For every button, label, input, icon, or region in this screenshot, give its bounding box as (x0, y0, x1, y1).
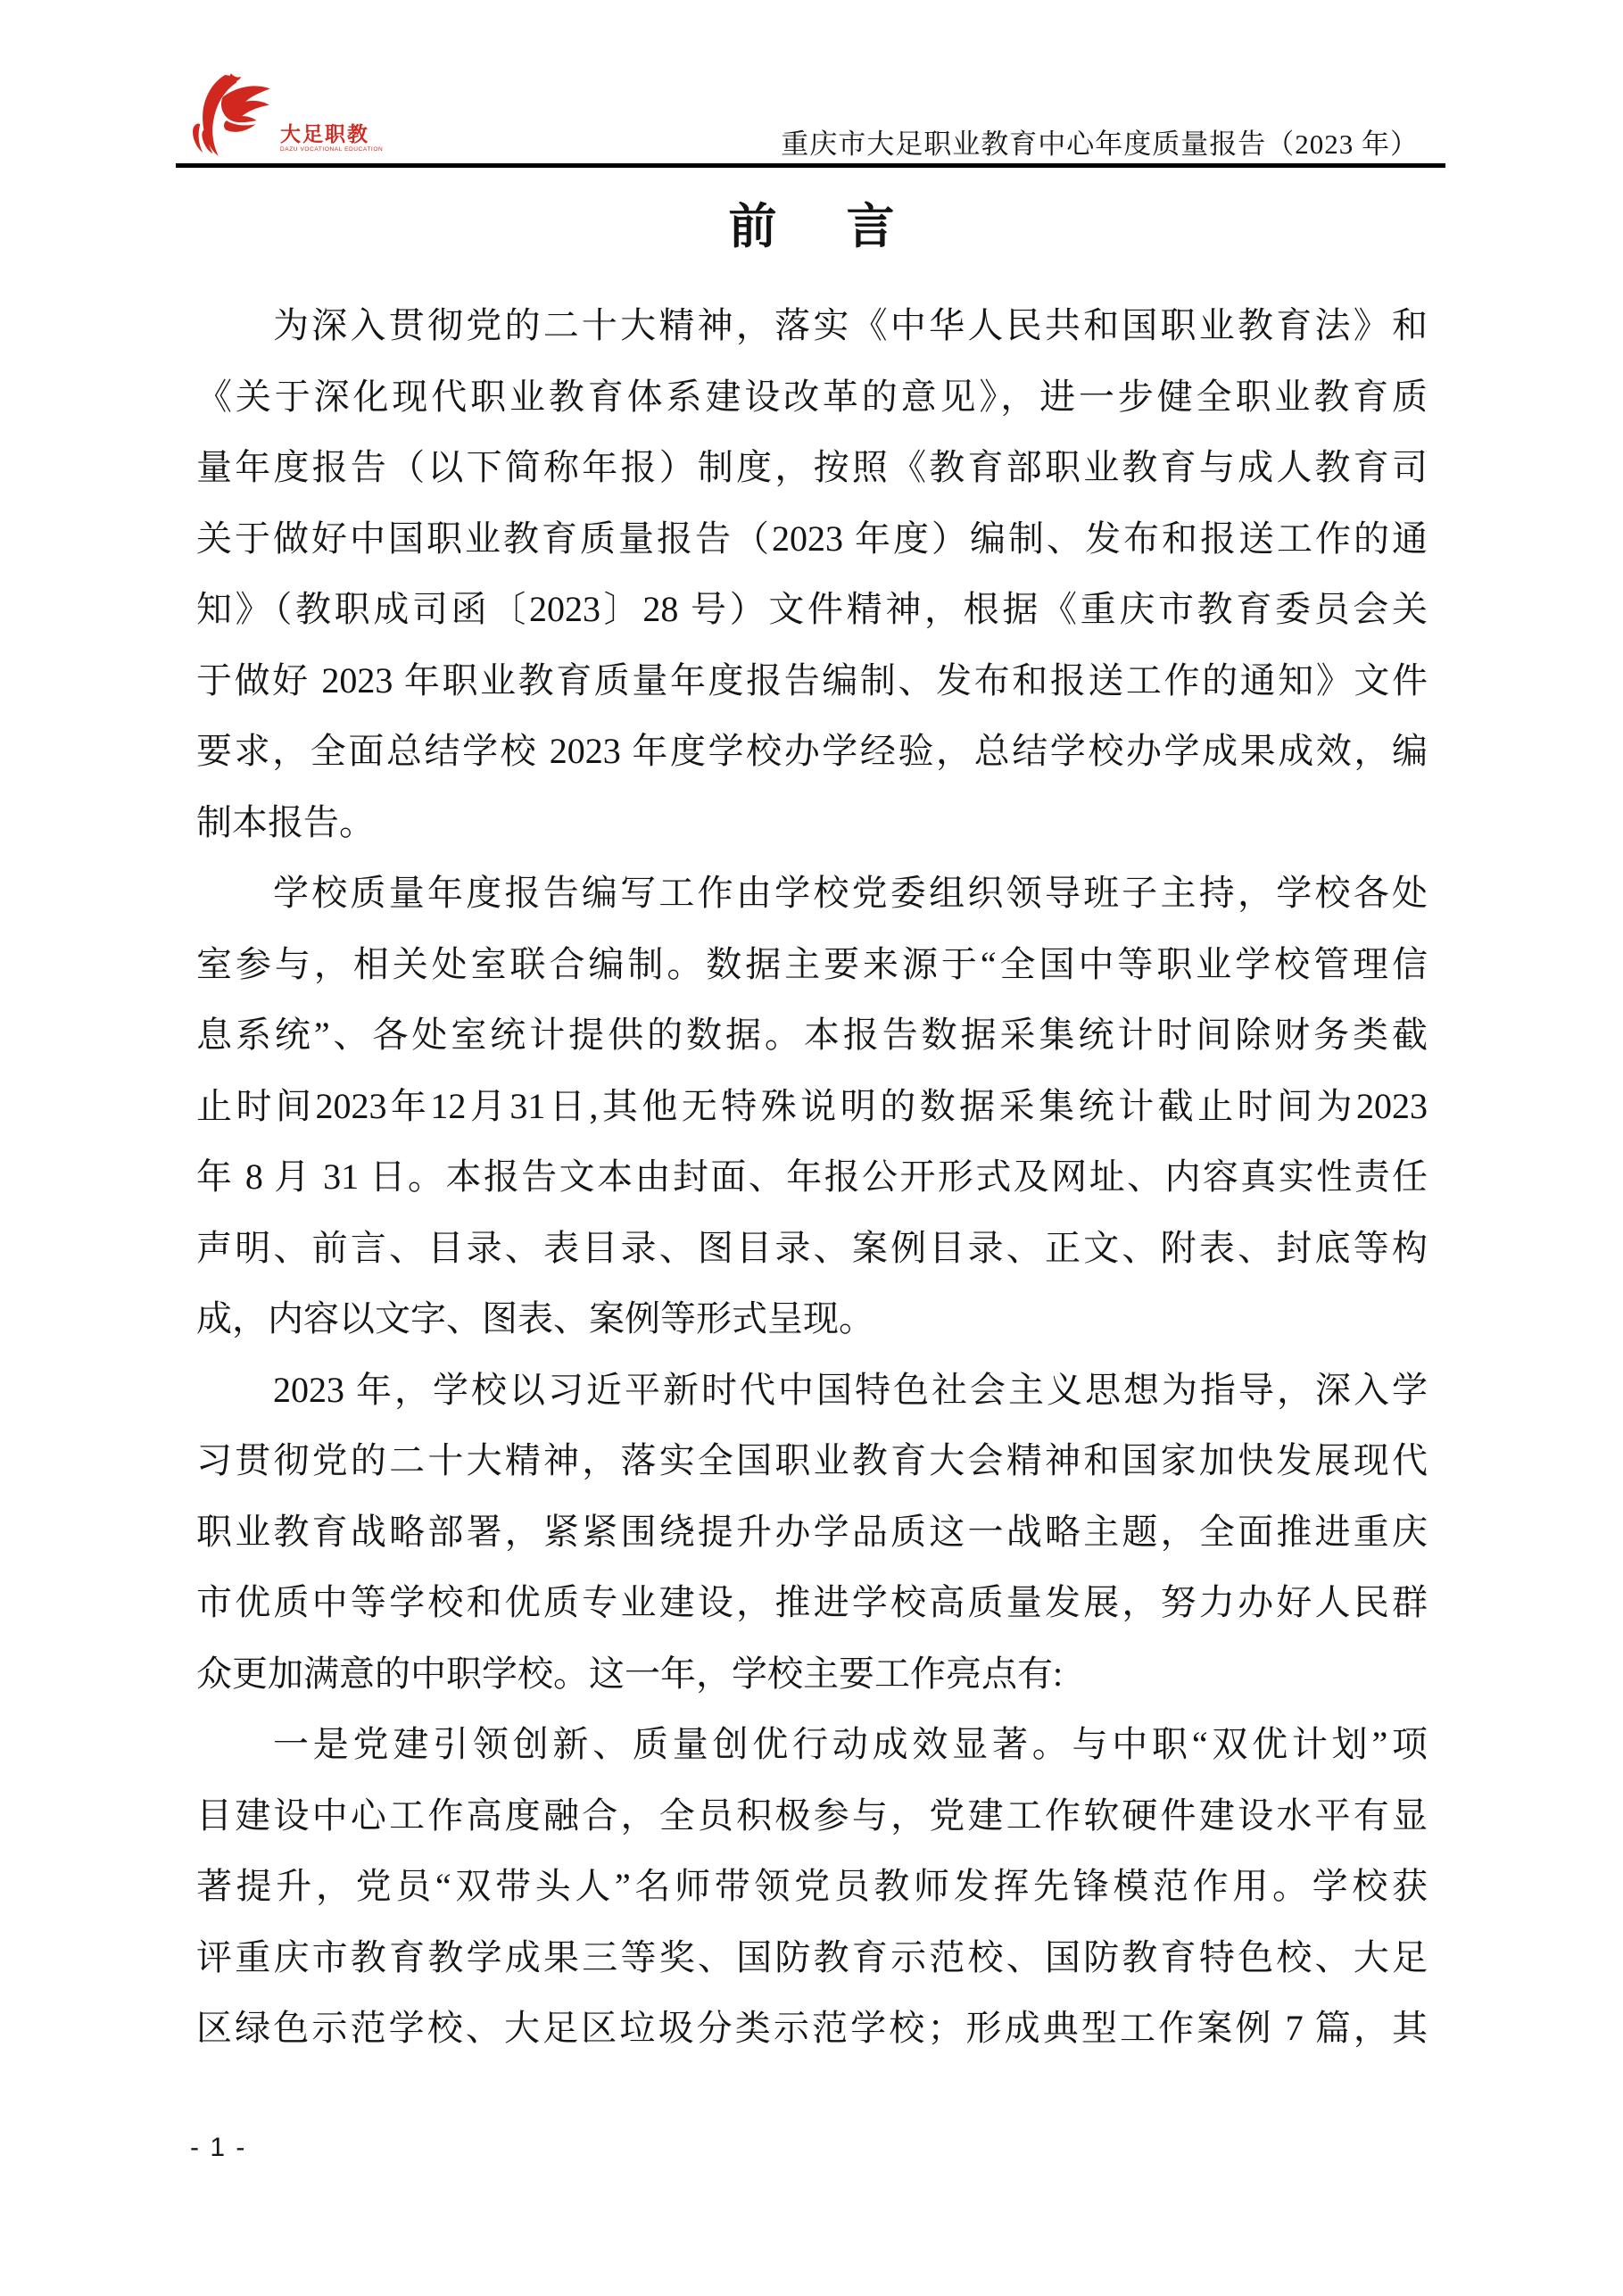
body-line: 著提升，党员“双带头人”名师带领党员教师发挥先锋模范作用。学校获 (196, 1851, 1428, 1922)
body-line: 室参与，相关处室联合编制。数据主要来源于“全国中等职业学校管理信 (196, 929, 1428, 1000)
header-rule (176, 163, 1445, 168)
body-line: 声明、前言、目录、表目录、图目录、案例目录、正文、附表、封底等构 (196, 1213, 1428, 1284)
preface-body: 为深入贯彻党的二十大精神，落实《中华人民共和国职业教育法》和《关于深化现代职业教… (196, 290, 1428, 2064)
body-line: 众更加满意的中职学校。这一年，学校主要工作亮点有: (196, 1638, 1428, 1710)
page-number: - 1 - (190, 2133, 246, 2163)
body-line: 年 8 月 31 日。本报告文本由封面、年报公开形式及网址、内容真实性责任 (196, 1141, 1428, 1213)
body-line: 止时间2023年12月31日,其他无特殊说明的数据采集统计截止时间为2023 (196, 1071, 1428, 1142)
body-line: 目建设中心工作高度融合，全员积极参与，党建工作软硬件建设水平有显 (196, 1780, 1428, 1852)
body-paragraph: 2023 年，学校以习近平新时代中国特色社会主义思想为指导，深入学习贯彻党的二十… (196, 1355, 1428, 1710)
body-line: 息系统”、各处室统计提供的数据。本报告数据采集统计时间除财务类截 (196, 999, 1428, 1071)
body-paragraph: 一是党建引领创新、质量创优行动成效显著。与中职“双优计划”项目建设中心工作高度融… (196, 1709, 1428, 2064)
body-paragraph: 为深入贯彻党的二十大精神，落实《中华人民共和国职业教育法》和《关于深化现代职业教… (196, 290, 1428, 858)
body-paragraph: 学校质量年度报告编写工作由学校党委组织领导班子主持，学校各处室参与，相关处室联合… (196, 858, 1428, 1355)
body-line: 于做好 2023 年职业教育质量年度报告编制、发布和报送工作的通知》文件 (196, 645, 1428, 717)
body-line: 区绿色示范学校、大足区垃圾分类示范学校；形成典型工作案例 7 篇，其 (196, 1993, 1428, 2064)
body-line: 一是党建引领创新、质量创优行动成效显著。与中职“双优计划”项 (196, 1709, 1428, 1780)
page-title: 前 言 (0, 195, 1623, 259)
phoenix-logo-icon (186, 70, 278, 161)
body-line: 习贯彻党的二十大精神，落实全国职业教育大会精神和国家加快发展现代 (196, 1425, 1428, 1496)
body-line: 成，内容以文字、图表、案例等形式呈现。 (196, 1283, 1428, 1355)
body-line: 2023 年，学校以习近平新时代中国特色社会主义思想为指导，深入学 (196, 1355, 1428, 1426)
body-line: 市优质中等学校和优质专业建设，推进学校高质量发展，努力办好人民群 (196, 1567, 1428, 1638)
body-line: 关于做好中国职业教育质量报告（2023 年度）编制、发布和报送工作的通 (196, 503, 1428, 575)
body-line: 学校质量年度报告编写工作由学校党委组织领导班子主持，学校各处 (196, 858, 1428, 929)
body-line: 量年度报告（以下简称年报）制度，按照《教育部职业教育与成人教育司 (196, 432, 1428, 503)
body-line: 要求，全面总结学校 2023 年度学校办学经验，总结学校办学成果成效，编 (196, 716, 1428, 787)
logo-en-text: DAZU VOCATIONAL EDUCATION (280, 145, 383, 153)
body-line: 制本报告。 (196, 787, 1428, 858)
logo-text: 大足职教 DAZU VOCATIONAL EDUCATION (280, 122, 383, 153)
body-line: 《关于深化现代职业教育体系建设改革的意见》，进一步健全职业教育质 (196, 361, 1428, 433)
school-logo: 大足职教 DAZU VOCATIONAL EDUCATION (186, 70, 383, 161)
logo-cn-text: 大足职教 (280, 122, 383, 145)
body-line: 知》（教职成司函〔2023〕28 号）文件精神，根据《重庆市教育委员会关 (196, 574, 1428, 645)
document-page: 大足职教 DAZU VOCATIONAL EDUCATION 重庆市大足职业教育… (0, 0, 1623, 2296)
body-line: 为深入贯彻党的二十大精神，落实《中华人民共和国职业教育法》和 (196, 290, 1428, 361)
body-line: 评重庆市教育教学成果三等奖、国防教育示范校、国防教育特色校、大足 (196, 1922, 1428, 1993)
header-title: 重庆市大足职业教育中心年度质量报告（2023 年） (781, 128, 1419, 161)
body-line: 职业教育战略部署，紧紧围绕提升办学品质这一战略主题，全面推进重庆 (196, 1496, 1428, 1568)
